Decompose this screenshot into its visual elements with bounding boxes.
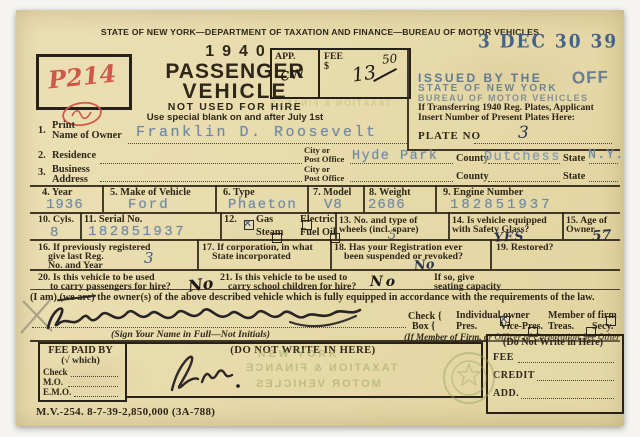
plate-no-value: 3 (518, 123, 529, 143)
ghost-stamp-taxation: TAXATION & FINANCE (244, 362, 398, 374)
vehicle-weight-value: 2686 (368, 197, 406, 213)
business-city-label-2: Post Office (304, 174, 344, 183)
steam-label: Steam (256, 228, 283, 239)
cyls-label: 10. Cyls. (38, 215, 74, 225)
fee-paid-row-emo: E.M.O. (43, 387, 71, 397)
residence-city-value: Hyde Park (352, 149, 438, 164)
box-brace-label: Box { (412, 321, 435, 332)
fee-paid-row-mo: M.O. (43, 377, 63, 387)
vice-pres-label: Vice-Pres. (500, 321, 543, 332)
vehicle-year-value: 1936 (46, 197, 84, 213)
owner-name-value: Franklin D. Roosevelt (136, 124, 378, 141)
date-stamp: 3 DEC 30 39 (478, 31, 618, 53)
secy-label: Secy. (592, 321, 613, 332)
do-not-write-right-title: (Do Not Write in Here) (486, 337, 620, 348)
vehicle-model-value: V8 (324, 197, 343, 213)
residence-no: 2. (38, 151, 46, 162)
vehicle-make-value: Ford (128, 197, 170, 213)
gas-checkbox (244, 220, 254, 230)
member-of-firm-label: Member of firm (548, 310, 617, 321)
transfer-note-line2: Insert Number of Present Plates Here: (418, 112, 575, 123)
business-county-label: County (456, 172, 489, 183)
ghost-seal (440, 350, 498, 406)
residence-label: Residence (52, 151, 96, 162)
age-value: 57 (591, 227, 612, 244)
owner-no: 1. (38, 126, 46, 137)
individual-owner-label: Individual owner (456, 310, 530, 321)
ghost-stamp-top: TAXATION & FINANCE (268, 98, 391, 108)
owner-label-2: Name of Owner (52, 131, 122, 142)
wheels-label-2: wheels (incl. spare) (339, 224, 419, 235)
issued-stamp-off: OFF (572, 67, 610, 88)
gas-label: Gas (256, 215, 273, 226)
age-label-2: Owner (566, 224, 595, 235)
app-examiner-initials: cw (278, 62, 305, 86)
fee-cents: 50 (381, 51, 398, 67)
registration-card: STATE OF NEW YORK—DEPARTMENT OF TAXATION… (16, 10, 624, 426)
electric-label: Electric (300, 215, 334, 226)
ghost-stamp-newyork: NEW YORK (258, 348, 340, 360)
residence-state-value: N.Y. (588, 148, 624, 163)
fuel-no: 12. (224, 215, 237, 226)
plate-no-label: PLATE NO (418, 130, 481, 142)
business-state-label: State (563, 172, 585, 183)
pres-label: Pres. (456, 321, 477, 332)
fee-amount: 13 (351, 61, 378, 86)
restored-label: 19. Restored? (496, 242, 553, 253)
fee-paid-row-check: Check (43, 367, 68, 377)
title-special-blank-note: Use special blank on and after July 1st (110, 112, 360, 123)
residence-city-label-2: Post Office (304, 155, 344, 164)
prev-reg-value: 3 (144, 249, 154, 267)
residence-county-value: Dutchess (484, 150, 561, 165)
form-number: M.V.-254. 8-7-39-2,850,000 (3A-788) (36, 406, 215, 418)
residence-state-label: State (563, 154, 585, 165)
vehicle-type-value: Phaeton (228, 197, 297, 213)
serial-value: 182851937 (88, 224, 186, 240)
ghost-stamp-vehicles: MOTOR VEHICLES (254, 378, 381, 390)
business-no: 3. (38, 168, 46, 179)
suspended-label-2: been suspended or revoked? (344, 251, 463, 262)
app-fee-box: APP. cw FEE $ 13 50 (270, 48, 411, 99)
signature-instruction: (Sign Your Name in Full—Not Initials) (111, 329, 270, 340)
right-box-row-credit: CREDIT (493, 370, 535, 381)
corporation-label-2: State incorporated (212, 251, 291, 262)
hire-school-value: No (370, 274, 398, 290)
fee-paid-by-subtitle: (√ which) (38, 355, 123, 366)
treas-label: Treas. (548, 321, 574, 332)
suspended-value: No (413, 257, 435, 274)
fee-cents-slash (373, 68, 397, 82)
app-label: APP. (275, 51, 296, 62)
fee-dollar-sign: $ (324, 61, 329, 72)
fuel-oil-label: Fuel Oil (300, 228, 336, 239)
vehicle-engine-value: 182851937 (450, 197, 553, 213)
